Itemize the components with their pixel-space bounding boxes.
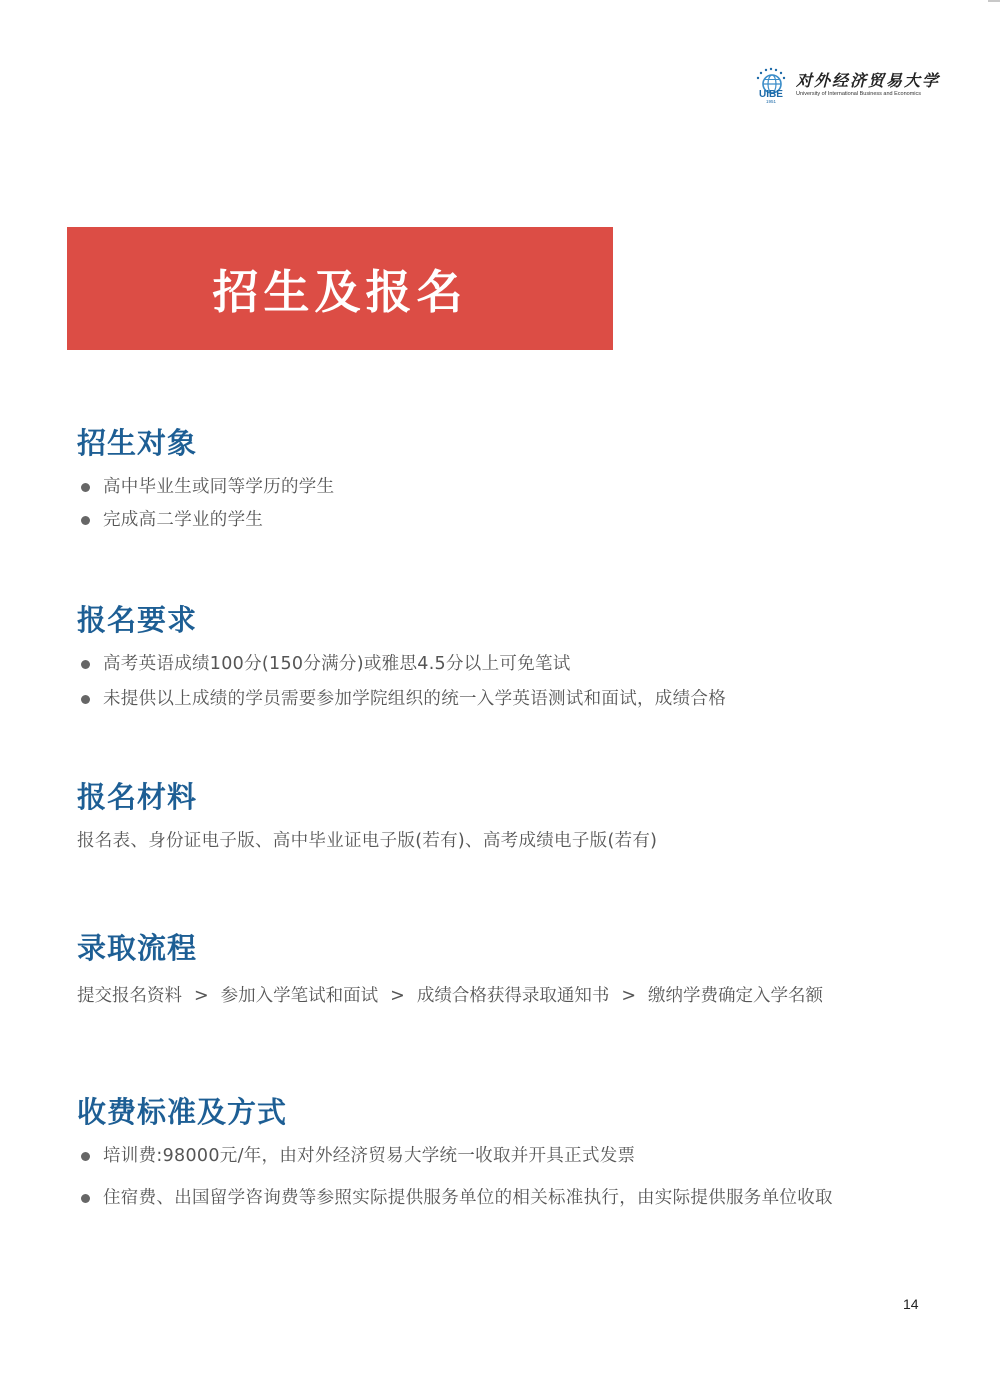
section-materials: 报名材料 报名表、身份证电子版、高中毕业证电子版(若有)、高考成绩电子版(若有) [77, 779, 657, 853]
section-target-students: 招生对象 高中毕业生或同等学历的学生 完成高二学业的学生 [77, 425, 334, 532]
process-step: 缴纳学费确定入学名额 [648, 984, 823, 1008]
bullet-icon [81, 483, 90, 492]
bullet-icon [81, 1194, 90, 1203]
process-flow: 提交报名资料 > 参加入学笔试和面试 > 成绩合格获得录取通知书 > 缴纳学费确… [77, 984, 823, 1008]
list-item: 未提供以上成绩的学员需要参加学院组织的统一入学英语测试和面试，成绩合格 [77, 687, 726, 711]
university-logo: UIBE 1951 对外经济贸易大学 University of Interna… [752, 66, 940, 104]
section-admission-process: 录取流程 提交报名资料 > 参加入学笔试和面试 > 成绩合格获得录取通知书 > … [77, 930, 823, 1008]
section-heading: 报名要求 [77, 602, 726, 638]
process-step: 参加入学笔试和面试 [221, 984, 379, 1008]
corner-mark [988, 0, 1000, 2]
bullet-icon [81, 695, 90, 704]
svg-text:1951: 1951 [766, 99, 777, 104]
process-step: 提交报名资料 [77, 984, 182, 1008]
section-heading: 录取流程 [77, 930, 823, 966]
title-banner: 招生及报名 [67, 227, 613, 350]
process-step: 成绩合格获得录取通知书 [417, 984, 610, 1008]
section-requirements: 报名要求 高考英语成绩100分(150分满分)或雅思4.5分以上可免笔试 未提供… [77, 602, 726, 711]
list-item-text: 完成高二学业的学生 [103, 508, 263, 532]
list-item: 高考英语成绩100分(150分满分)或雅思4.5分以上可免笔试 [77, 652, 726, 676]
globe-emblem-icon: UIBE 1951 [752, 66, 790, 104]
banner-title: 招生及报名 [213, 256, 468, 322]
list-item: 完成高二学业的学生 [77, 508, 334, 532]
list-item: 高中毕业生或同等学历的学生 [77, 475, 334, 499]
logo-name-en: University of International Business and… [796, 92, 940, 98]
bullet-list: 培训费:98000元/年，由对外经济贸易大学统一收取并开具正式发票 住宿费、出国… [77, 1144, 833, 1210]
bullet-icon [81, 1152, 90, 1161]
list-item-text: 未提供以上成绩的学员需要参加学院组织的统一入学英语测试和面试，成绩合格 [103, 687, 726, 711]
list-item: 住宿费、出国留学咨询费等参照实际提供服务单位的相关标准执行，由实际提供服务单位收… [77, 1186, 833, 1210]
chevron-right-icon: > [390, 984, 405, 1008]
section-heading: 收费标准及方式 [77, 1094, 833, 1130]
bullet-list: 高考英语成绩100分(150分满分)或雅思4.5分以上可免笔试 未提供以上成绩的… [77, 652, 726, 711]
page-number: 14 [903, 1296, 919, 1312]
list-item: 培训费:98000元/年，由对外经济贸易大学统一收取并开具正式发票 [77, 1144, 833, 1168]
section-fees: 收费标准及方式 培训费:98000元/年，由对外经济贸易大学统一收取并开具正式发… [77, 1094, 833, 1210]
bullet-list: 高中毕业生或同等学历的学生 完成高二学业的学生 [77, 475, 334, 532]
bullet-icon [81, 516, 90, 525]
bullet-icon [81, 660, 90, 669]
section-heading: 报名材料 [77, 779, 657, 815]
chevron-right-icon: > [621, 984, 636, 1008]
list-item-text: 高中毕业生或同等学历的学生 [103, 475, 334, 499]
list-item-text: 高考英语成绩100分(150分满分)或雅思4.5分以上可免笔试 [103, 652, 571, 676]
section-heading: 招生对象 [77, 425, 334, 461]
list-item-text: 培训费:98000元/年，由对外经济贸易大学统一收取并开具正式发票 [103, 1144, 635, 1168]
chevron-right-icon: > [194, 984, 209, 1008]
materials-text: 报名表、身份证电子版、高中毕业证电子版(若有)、高考成绩电子版(若有) [77, 829, 657, 853]
list-item-text: 住宿费、出国留学咨询费等参照实际提供服务单位的相关标准执行，由实际提供服务单位收… [103, 1186, 833, 1210]
logo-name-cn: 对外经济贸易大学 [796, 73, 940, 89]
logo-text: 对外经济贸易大学 University of International Bus… [796, 73, 940, 98]
